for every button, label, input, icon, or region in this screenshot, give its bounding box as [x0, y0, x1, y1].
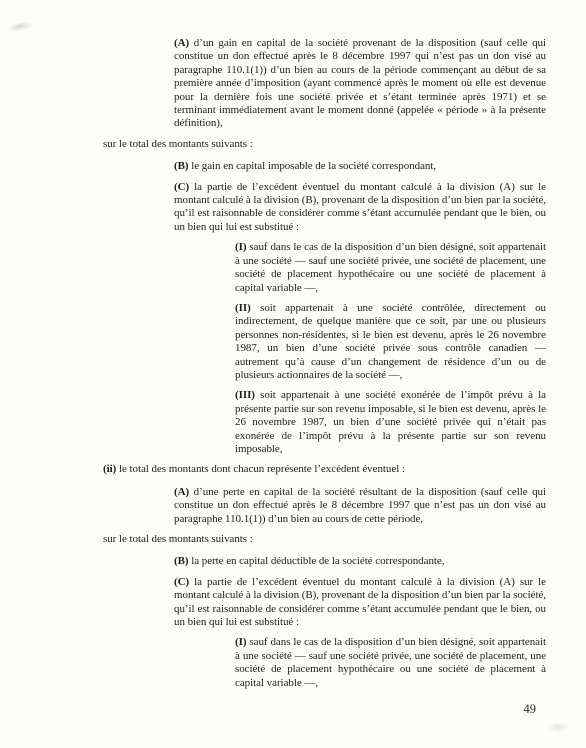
subclause-paragraph-III: (III) soit appartenait à une société exo…	[235, 389, 546, 456]
subclause-paragraph-I-2: (I) sauf dans le cas de la disposition d…	[235, 636, 546, 690]
page-number: 49	[524, 702, 537, 717]
subclause-label: (I)	[235, 636, 246, 648]
clause-paragraph-B-gain-imposable: (B) le gain en capital imposable de la s…	[174, 160, 546, 173]
clause-paragraph-B-perte-deductible: (B) la perte en capital déductible de la…	[174, 555, 546, 568]
scan-smudge-top-left	[5, 19, 34, 34]
page-content: (A) d’un gain en capital de la société p…	[0, 37, 586, 697]
clause-text: la partie de l’excédent éventuel du mont…	[174, 181, 546, 233]
subclause-paragraph-I-1: (I) sauf dans le cas de la disposition d…	[235, 241, 546, 295]
scan-smudge-bottom-right	[546, 722, 570, 732]
clause-paragraph-C-excedent-2: (C) la partie de l’excédent éventuel du …	[174, 576, 546, 630]
subclause-label: (I)	[235, 241, 246, 253]
flush-line-sur-le-total-2: sur le total des montants suivants :	[103, 533, 546, 546]
subclause-text: sauf dans le cas de la disposition d’un …	[235, 636, 546, 688]
clause-label: (A)	[174, 486, 189, 498]
subclause-paragraph-II: (II) soit appartenait à une société cont…	[235, 302, 546, 382]
clause-text: d’une perte en capital de la société rés…	[174, 486, 546, 525]
flush-line-text: sur le total des montants suivants :	[103, 533, 253, 545]
clause-label: (B)	[174, 160, 189, 172]
clause-paragraph-A-gain: (A) d’un gain en capital de la société p…	[174, 37, 546, 131]
clause-label: (B)	[174, 555, 189, 567]
flush-line-sur-le-total-1: sur le total des montants suivants :	[103, 138, 546, 151]
flush-line-text: sur le total des montants suivants :	[103, 138, 253, 150]
subclause-text: soit appartenait à une société exonérée …	[235, 389, 546, 455]
clause-label: (C)	[174, 181, 189, 193]
clause-paragraph-A-perte: (A) d’une perte en capital de la société…	[174, 486, 546, 526]
clause-label: (C)	[174, 576, 189, 588]
clause-paragraph-C-excedent-1: (C) la partie de l’excédent éventuel du …	[174, 181, 546, 235]
clause-text: d’un gain en capital de la société prove…	[174, 37, 546, 129]
clause-text: la partie de l’excédent éventuel du mont…	[174, 576, 546, 628]
clause-text: le gain en capital imposable de la socié…	[191, 160, 436, 172]
clause-text: la perte en capital déductible de la soc…	[191, 555, 444, 567]
subclause-text: soit appartenait à une société contrôlée…	[235, 302, 546, 381]
subclause-text: sauf dans le cas de la disposition d’un …	[235, 241, 546, 293]
subclause-label: (III)	[235, 389, 255, 401]
item-line-ii: (ii) le total des montants dont chacun r…	[103, 463, 546, 476]
item-label: (ii)	[103, 463, 116, 475]
subclause-label: (II)	[235, 302, 251, 314]
item-text: le total des montants dont chacun représ…	[119, 463, 405, 475]
clause-label: (A)	[174, 37, 189, 49]
scanned-document-page: (A) d’un gain en capital de la société p…	[0, 0, 586, 748]
